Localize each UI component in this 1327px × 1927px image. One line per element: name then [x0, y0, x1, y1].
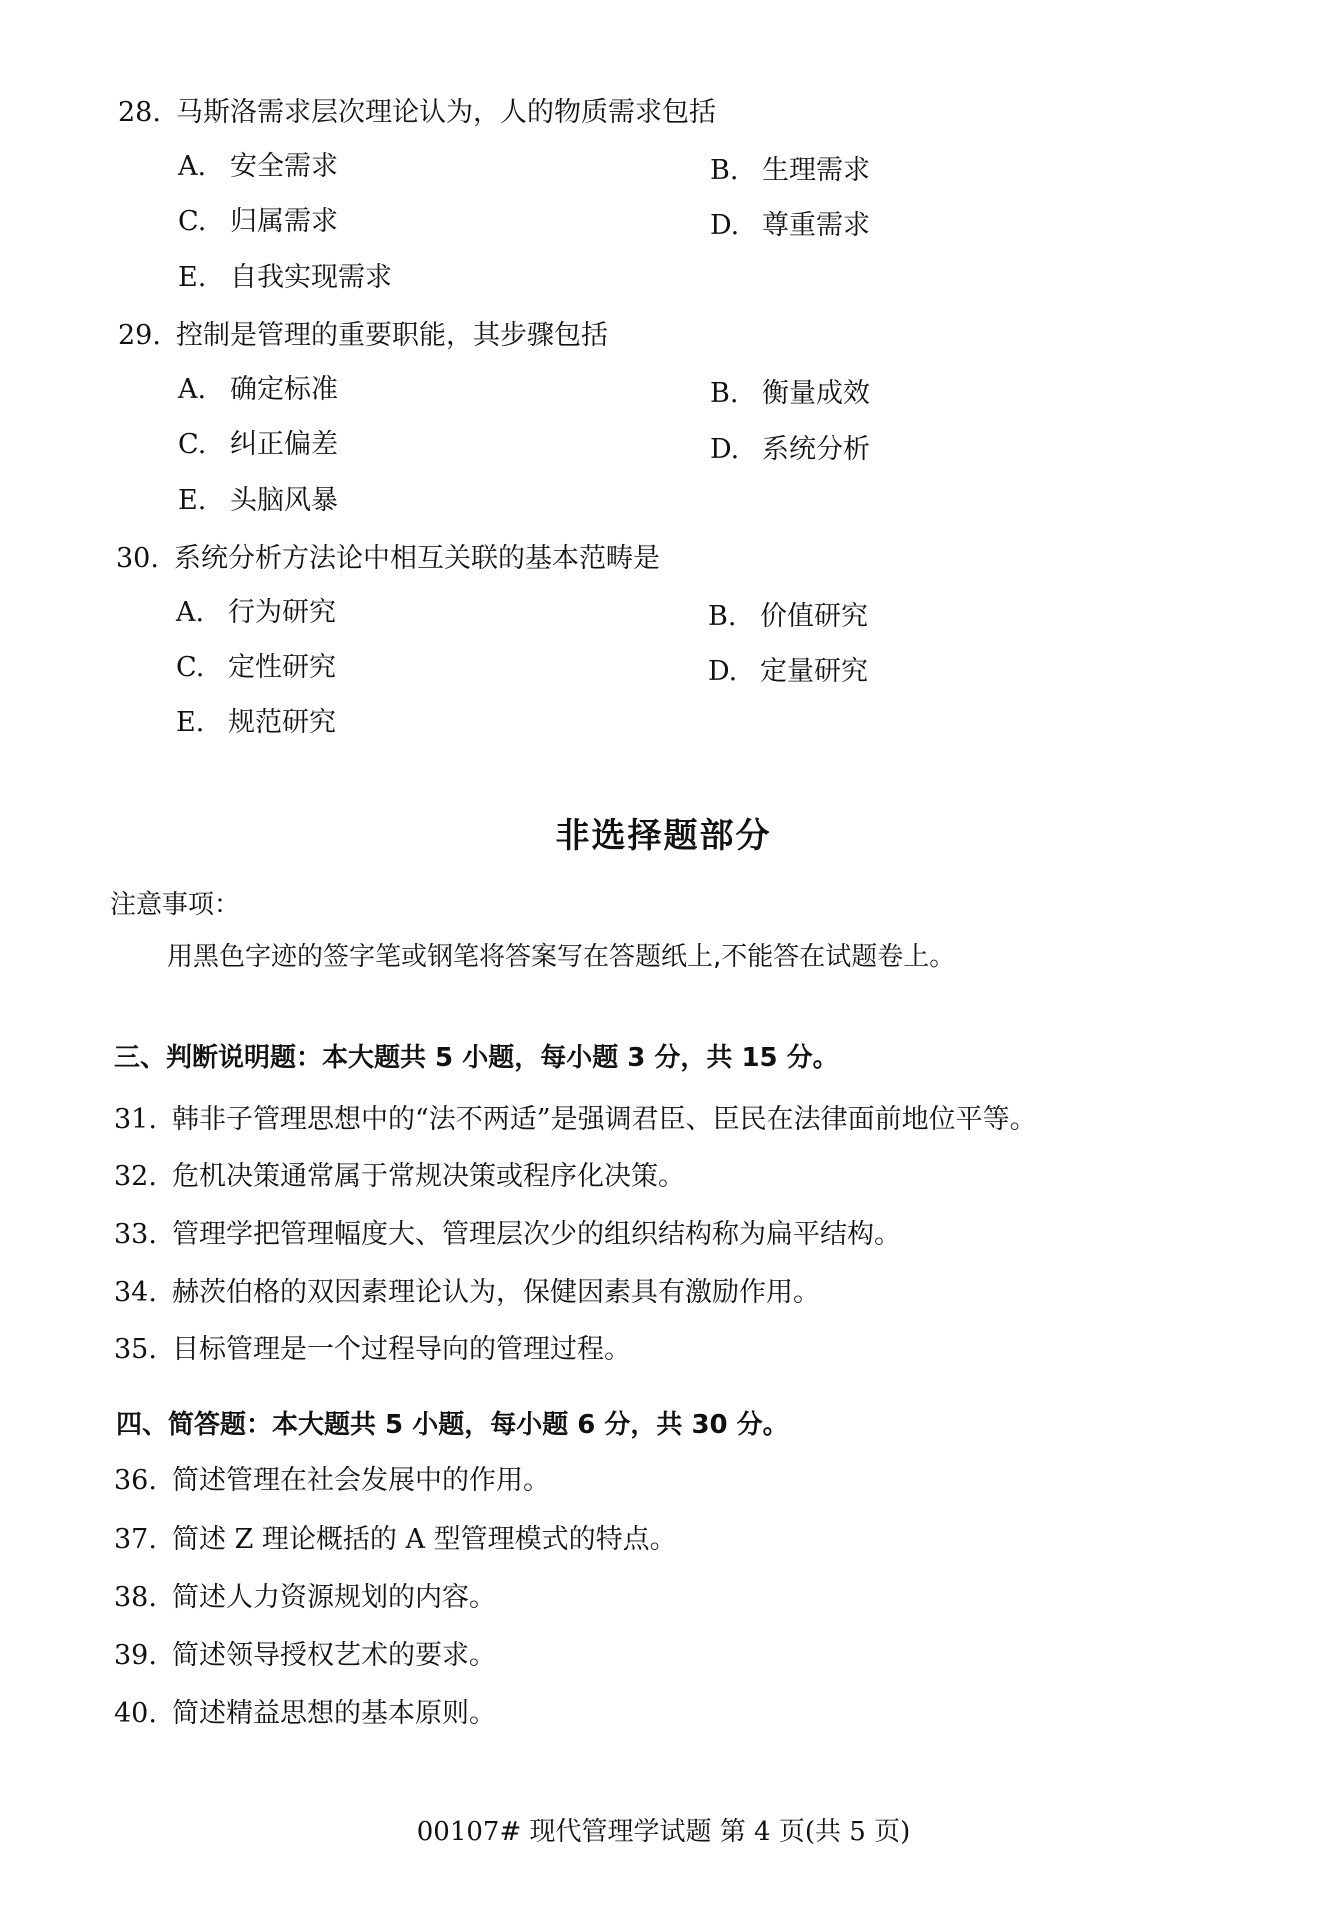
question-number: 34.: [114, 1276, 172, 1310]
option-30-b: B.价值研究: [708, 600, 868, 634]
question-number: 33.: [114, 1218, 172, 1252]
option-text: 头脑风暴: [230, 485, 338, 516]
option-text: 归属需求: [230, 206, 338, 237]
option-text: 自我实现需求: [230, 262, 392, 293]
option-letter: D.: [710, 209, 762, 243]
option-29-b: B.衡量成效: [710, 377, 870, 411]
option-letter: B.: [710, 154, 762, 188]
question-number: 40.: [114, 1697, 172, 1731]
option-30-a: A.行为研究: [176, 596, 336, 630]
option-29-a: A.确定标准: [178, 373, 338, 407]
question-text: 管理学把管理幅度大、管理层次少的组织结构称为扁平结构。: [172, 1219, 901, 1250]
option-letter: E.: [178, 484, 230, 518]
page-footer: 00107# 现代管理学试题 第 4 页(共 5 页): [0, 1815, 1327, 1849]
option-30-e: E.规范研究: [176, 706, 336, 740]
question-30-stem: 30.系统分析方法论中相互关联的基本范畴是: [116, 542, 660, 576]
option-letter: E.: [178, 261, 230, 295]
option-letter: A.: [176, 596, 228, 630]
option-28-d: D.尊重需求: [710, 209, 870, 243]
question-28-stem: 28.马斯洛需求层次理论认为，人的物质需求包括: [118, 96, 716, 130]
short-answer-item-38: 38.简述人力资源规划的内容。: [114, 1581, 496, 1615]
question-text: 赫茨伯格的双因素理论认为，保健因素具有激励作用。: [172, 1277, 820, 1308]
question-number: 37.: [114, 1523, 172, 1557]
question-text: 简述人力资源规划的内容。: [172, 1582, 496, 1613]
option-text: 定量研究: [760, 656, 868, 687]
notice-text: 用黑色字迹的签字笔或钢笔将答案写在答题纸上,不能答在试题卷上。: [167, 940, 955, 974]
option-letter: A.: [178, 373, 230, 407]
question-text: 系统分析方法论中相互关联的基本范畴是: [174, 543, 660, 574]
judgment-item-31: 31.韩非子管理思想中的“法不两适”是强调君臣、臣民在法律面前地位平等。: [114, 1103, 1037, 1137]
option-text: 纠正偏差: [230, 429, 338, 460]
short-answer-item-37: 37.简述 Z 理论概括的 A 型管理模式的特点。: [114, 1523, 677, 1557]
question-number: 29.: [118, 319, 176, 353]
option-letter: C.: [178, 205, 230, 239]
question-number: 38.: [114, 1581, 172, 1615]
option-29-c: C.纠正偏差: [178, 428, 338, 462]
option-letter: D.: [710, 433, 762, 467]
option-text: 衡量成效: [762, 378, 870, 409]
option-30-d: D.定量研究: [708, 655, 868, 689]
question-number: 28.: [118, 96, 176, 130]
question-text: 控制是管理的重要职能，其步骤包括: [176, 320, 608, 351]
question-text: 目标管理是一个过程导向的管理过程。: [172, 1334, 631, 1365]
option-28-e: E.自我实现需求: [178, 261, 392, 295]
option-text: 确定标准: [230, 374, 338, 405]
short-answer-item-39: 39.简述领导授权艺术的要求。: [114, 1639, 496, 1673]
question-text: 危机决策通常属于常规决策或程序化决策。: [172, 1161, 685, 1192]
judgment-item-32: 32.危机决策通常属于常规决策或程序化决策。: [114, 1160, 685, 1194]
option-letter: D.: [708, 655, 760, 689]
judgment-item-33: 33.管理学把管理幅度大、管理层次少的组织结构称为扁平结构。: [114, 1218, 901, 1252]
option-28-a: A.安全需求: [178, 150, 338, 184]
judgment-item-35: 35.目标管理是一个过程导向的管理过程。: [114, 1333, 631, 1367]
question-text: 韩非子管理思想中的“法不两适”是强调君臣、臣民在法律面前地位平等。: [172, 1104, 1037, 1135]
option-letter: B.: [708, 600, 760, 634]
question-number: 39.: [114, 1639, 172, 1673]
question-text: 简述 Z 理论概括的 A 型管理模式的特点。: [172, 1524, 677, 1555]
option-text: 生理需求: [762, 155, 870, 186]
option-28-c: C.归属需求: [178, 205, 338, 239]
short-answer-item-36: 36.简述管理在社会发展中的作用。: [114, 1464, 550, 1498]
question-29-stem: 29.控制是管理的重要职能，其步骤包括: [118, 319, 608, 353]
judgment-item-34: 34.赫茨伯格的双因素理论认为，保健因素具有激励作用。: [114, 1276, 820, 1310]
option-30-c: C.定性研究: [176, 651, 336, 685]
section-4-heading: 四、简答题：本大题共 5 小题，每小题 6 分，共 30 分。: [116, 1408, 789, 1442]
option-28-b: B.生理需求: [710, 154, 870, 188]
notice-label: 注意事项：: [110, 888, 240, 922]
option-29-e: E.头脑风暴: [178, 484, 338, 518]
section-title-non-choice: 非选择题部分: [0, 808, 1327, 857]
question-text: 马斯洛需求层次理论认为，人的物质需求包括: [176, 97, 716, 128]
question-number: 30.: [116, 542, 174, 576]
option-text: 系统分析: [762, 434, 870, 465]
option-text: 尊重需求: [762, 210, 870, 241]
question-number: 36.: [114, 1464, 172, 1498]
short-answer-item-40: 40.简述精益思想的基本原则。: [114, 1697, 496, 1731]
option-text: 规范研究: [228, 707, 336, 738]
option-letter: A.: [178, 150, 230, 184]
question-number: 35.: [114, 1333, 172, 1367]
option-letter: B.: [710, 377, 762, 411]
option-text: 定性研究: [228, 652, 336, 683]
option-text: 价值研究: [760, 601, 868, 632]
option-letter: C.: [176, 651, 228, 685]
question-number: 32.: [114, 1160, 172, 1194]
option-29-d: D.系统分析: [710, 433, 870, 467]
question-number: 31.: [114, 1103, 172, 1137]
option-letter: C.: [178, 428, 230, 462]
option-text: 安全需求: [230, 151, 338, 182]
section-3-heading: 三、判断说明题：本大题共 5 小题，每小题 3 分，共 15 分。: [114, 1041, 839, 1075]
question-text: 简述精益思想的基本原则。: [172, 1698, 496, 1729]
question-text: 简述领导授权艺术的要求。: [172, 1640, 496, 1671]
option-letter: E.: [176, 706, 228, 740]
question-text: 简述管理在社会发展中的作用。: [172, 1465, 550, 1496]
option-text: 行为研究: [228, 597, 336, 628]
